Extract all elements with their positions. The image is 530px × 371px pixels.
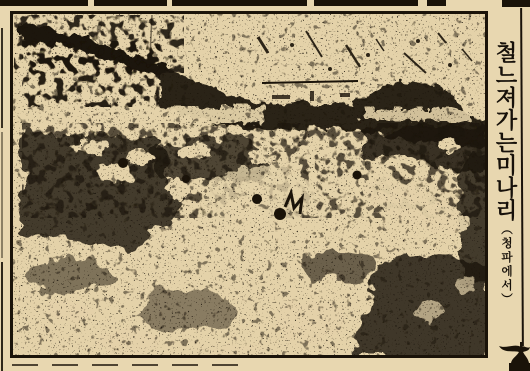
newspaper-clipping: 철느져가는미나리 （청파에서） <box>0 0 530 371</box>
bracket-ornament-icon <box>498 342 530 371</box>
left-column-rule <box>1 262 3 371</box>
minari-field-photo <box>10 11 488 358</box>
caption-note: （청파에서） <box>487 223 524 318</box>
left-column-rule <box>1 28 3 128</box>
top-rule-right-segment <box>502 0 530 7</box>
bottom-broken-rule <box>12 364 242 366</box>
top-rule <box>0 0 446 6</box>
caption-title: 철느져가는미나리 <box>487 41 524 236</box>
left-column-rule <box>1 132 3 258</box>
